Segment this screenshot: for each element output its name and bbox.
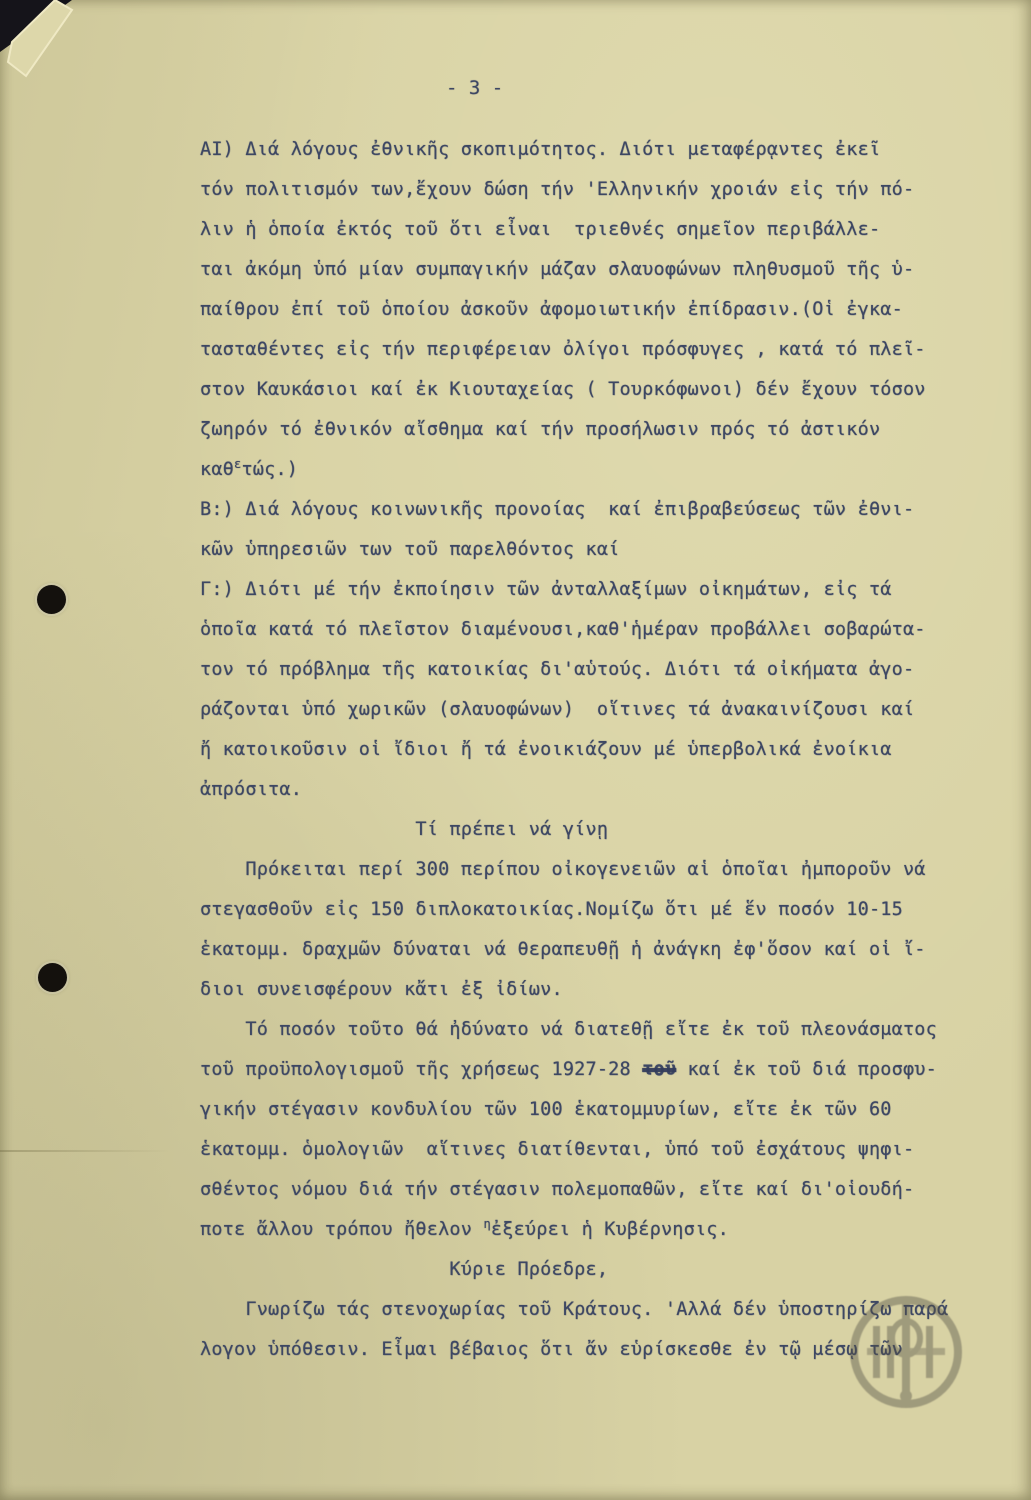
text-line: ἀπρόσιτα. xyxy=(200,770,990,810)
text-segment: λογον ὑπόθεσιν. Εἶμαι βέβαιος ὅτι ἄν εὑρ… xyxy=(200,1339,903,1360)
scanned-letter-page: - 3 - ΑΙ) Διά λόγους ἐθνικῆς σκοπιμότητο… xyxy=(0,0,1031,1500)
text-segment: καί ἐκ τοῦ διά προσφυ- xyxy=(676,1059,937,1080)
text-segment: ἑκατομμ. δραχμῶν δύναται νά θεραπευθῇ ἡ … xyxy=(200,939,926,960)
text-line: ποτε ἄλλου τρόπου ἤθελον ηἐξεύρει ἡ Κυβέ… xyxy=(200,1210,990,1250)
text-segment: Κύριε Πρόεδρε, xyxy=(200,1259,608,1280)
text-line: ἑκατομμ. δραχμῶν δύναται νά θεραπευθῇ ἡ … xyxy=(200,930,990,970)
folded-corner xyxy=(0,0,120,110)
text-segment: τώς.) xyxy=(241,459,298,480)
text-segment: Τό ποσόν τοῦτο θά ἠδύνατο νά διατεθῇ εἴτ… xyxy=(200,1019,937,1040)
text-segment: στεγασθοῦν εἰς 150 διπλοκατοικίας.Νομίζω… xyxy=(200,899,903,920)
text-segment: ράζονται ὑπό χωρικῶν (σλαυοφώνων) οἵτινε… xyxy=(200,699,914,720)
text-segment: ζωηρόν τό ἐθνικόν αἴσθημα καί τήν προσήλ… xyxy=(200,419,880,440)
text-segment: στον Καυκάσιοι καί ἐκ Κιουταχείας ( Τουρ… xyxy=(200,379,926,400)
text-segment: γικήν στέγασιν κονδυλίου τῶν 100 ἑκατομμ… xyxy=(200,1099,892,1120)
text-segment: Πρόκειται περί 300 περίπου οἰκογενειῶν α… xyxy=(200,859,926,880)
text-segment: ἀπρόσιτα. xyxy=(200,779,302,800)
text-line: ἤ κατοικοῦσιν οἱ ἴδιοι ἤ τά ἐνοικιάζουν … xyxy=(200,730,990,770)
text-line: γικήν στέγασιν κονδυλίου τῶν 100 ἑκατομμ… xyxy=(200,1090,990,1130)
text-line: ται ἀκόμη ὑπό μίαν συμπαγικήν μάζαν σλαυ… xyxy=(200,250,990,290)
text-segment: ΑΙ) Διά λόγους ἐθνικῆς σκοπιμότητος. Διό… xyxy=(200,139,880,160)
punch-hole-icon xyxy=(37,585,66,614)
text-line: σθέντος νόμου διά τήν στέγασιν πολεμοπαθ… xyxy=(200,1170,990,1210)
text-line: τοῦ προϋπολογισμοῦ τῆς χρήσεως 1927-28 τ… xyxy=(200,1050,990,1090)
text-segment: ὁποῖα κατά τό πλεῖστον διαμένουσι,καθ'ἡμ… xyxy=(200,619,926,640)
text-segment: παίθρου ἐπί τοῦ ὁποίου ἀσκοῦν ἀφομοιωτικ… xyxy=(200,299,903,320)
text-line: τασταθέντες εἰς τήν περιφέρειαν ὀλίγοι π… xyxy=(200,330,990,370)
text-segment: καθ xyxy=(200,459,234,480)
text-segment: κῶν ὑπηρεσιῶν των τοῦ παρελθόντος καί xyxy=(200,539,620,560)
text-segment: ἤ κατοικοῦσιν οἱ ἴδιοι ἤ τά ἐνοικιάζουν … xyxy=(200,739,892,760)
text-line: ζωηρόν τό ἐθνικόν αἴσθημα καί τήν προσήλ… xyxy=(200,410,990,450)
page-number: - 3 - xyxy=(446,70,503,106)
text-segment: τον τό πρόβλημα τῆς κατοικίας δι'αὑτούς.… xyxy=(200,659,914,680)
letter-body-text: ΑΙ) Διά λόγους ἐθνικῆς σκοπιμότητος. Διό… xyxy=(200,130,990,1370)
text-segment: ται ἀκόμη ὑπό μίαν συμπαγικήν μάζαν σλαυ… xyxy=(200,259,914,280)
text-line: ΑΙ) Διά λόγους ἐθνικῆς σκοπιμότητος. Διό… xyxy=(200,130,990,170)
text-segment: Β:) Διά λόγους κοινωνικῆς προνοίας καί ἐ… xyxy=(200,499,914,520)
text-line: ράζονται ὑπό χωρικῶν (σλαυοφώνων) οἵτινε… xyxy=(200,690,990,730)
text-line: Β:) Διά λόγους κοινωνικῆς προνοίας καί ἐ… xyxy=(200,490,990,530)
text-segment: λιν ἡ ὁποία ἐκτός τοῦ ὅτι εἶναι τριεθνές… xyxy=(200,219,880,240)
text-line: καθετώς.) xyxy=(200,450,990,490)
text-segment: τόν πολιτισμόν των,ἔχουν δώση τήν 'Ελλην… xyxy=(200,179,914,200)
text-segment: ποτε ἄλλου τρόπου ἤθελον xyxy=(200,1219,483,1240)
text-segment: τασταθέντες εἰς τήν περιφέρειαν ὀλίγοι π… xyxy=(200,339,926,360)
text-line: λιν ἡ ὁποία ἐκτός τοῦ ὅτι εἶναι τριεθνές… xyxy=(200,210,990,250)
text-segment: Γνωρίζω τάς στενοχωρίας τοῦ Κράτους. 'Αλ… xyxy=(200,1299,948,1320)
text-line: ἑκατομμ. ὁμολογιῶν αἵτινες διατίθενται, … xyxy=(200,1130,990,1170)
paper-crease xyxy=(0,1150,170,1152)
circular-archive-stamp-icon xyxy=(843,1290,969,1416)
text-line: Τί πρέπει νά γίνῃ xyxy=(200,810,990,850)
text-segment: διοι συνεισφέρουν κἄτι ἐξ ἰδίων. xyxy=(200,979,563,1000)
text-line: τον τό πρόβλημα τῆς κατοικίας δι'αὑτούς.… xyxy=(200,650,990,690)
text-segment: Τί πρέπει νά γίνῃ xyxy=(200,819,608,840)
text-line: κῶν ὑπηρεσιῶν των τοῦ παρελθόντος καί xyxy=(200,530,990,570)
text-line: στεγασθοῦν εἰς 150 διπλοκατοικίας.Νομίζω… xyxy=(200,890,990,930)
text-segment: ἑκατομμ. ὁμολογιῶν αἵτινες διατίθενται, … xyxy=(200,1139,914,1160)
text-line: ὁποῖα κατά τό πλεῖστον διαμένουσι,καθ'ἡμ… xyxy=(200,610,990,650)
text-line: τόν πολιτισμόν των,ἔχουν δώση τήν 'Ελλην… xyxy=(200,170,990,210)
text-segment: ἐξεύρει ἡ Κυβέρνησις. xyxy=(491,1219,729,1240)
text-segment: σθέντος νόμου διά τήν στέγασιν πολεμοπαθ… xyxy=(200,1179,914,1200)
text-line: παίθρου ἐπί τοῦ ὁποίου ἀσκοῦν ἀφομοιωτικ… xyxy=(200,290,990,330)
text-line: διοι συνεισφέρουν κἄτι ἐξ ἰδίων. xyxy=(200,970,990,1010)
text-line: στον Καυκάσιοι καί ἐκ Κιουταχείας ( Τουρ… xyxy=(200,370,990,410)
text-line: Τό ποσόν τοῦτο θά ἠδύνατο νά διατεθῇ εἴτ… xyxy=(200,1010,990,1050)
text-segment: τοῦ προϋπολογισμοῦ τῆς χρήσεως 1927-28 xyxy=(200,1059,642,1080)
text-line: Κύριε Πρόεδρε, xyxy=(200,1250,990,1290)
text-segment: Γ:) Διότι μέ τήν ἐκποίησιν τῶν ἀνταλλαξί… xyxy=(200,579,892,600)
text-line: Γ:) Διότι μέ τήν ἐκποίησιν τῶν ἀνταλλαξί… xyxy=(200,570,990,610)
text-line: Πρόκειται περί 300 περίπου οἰκογενειῶν α… xyxy=(200,850,990,890)
text-segment-sup: η xyxy=(483,1217,490,1231)
text-segment-struck: τοῦ xyxy=(642,1059,676,1080)
punch-hole-icon xyxy=(38,963,67,992)
